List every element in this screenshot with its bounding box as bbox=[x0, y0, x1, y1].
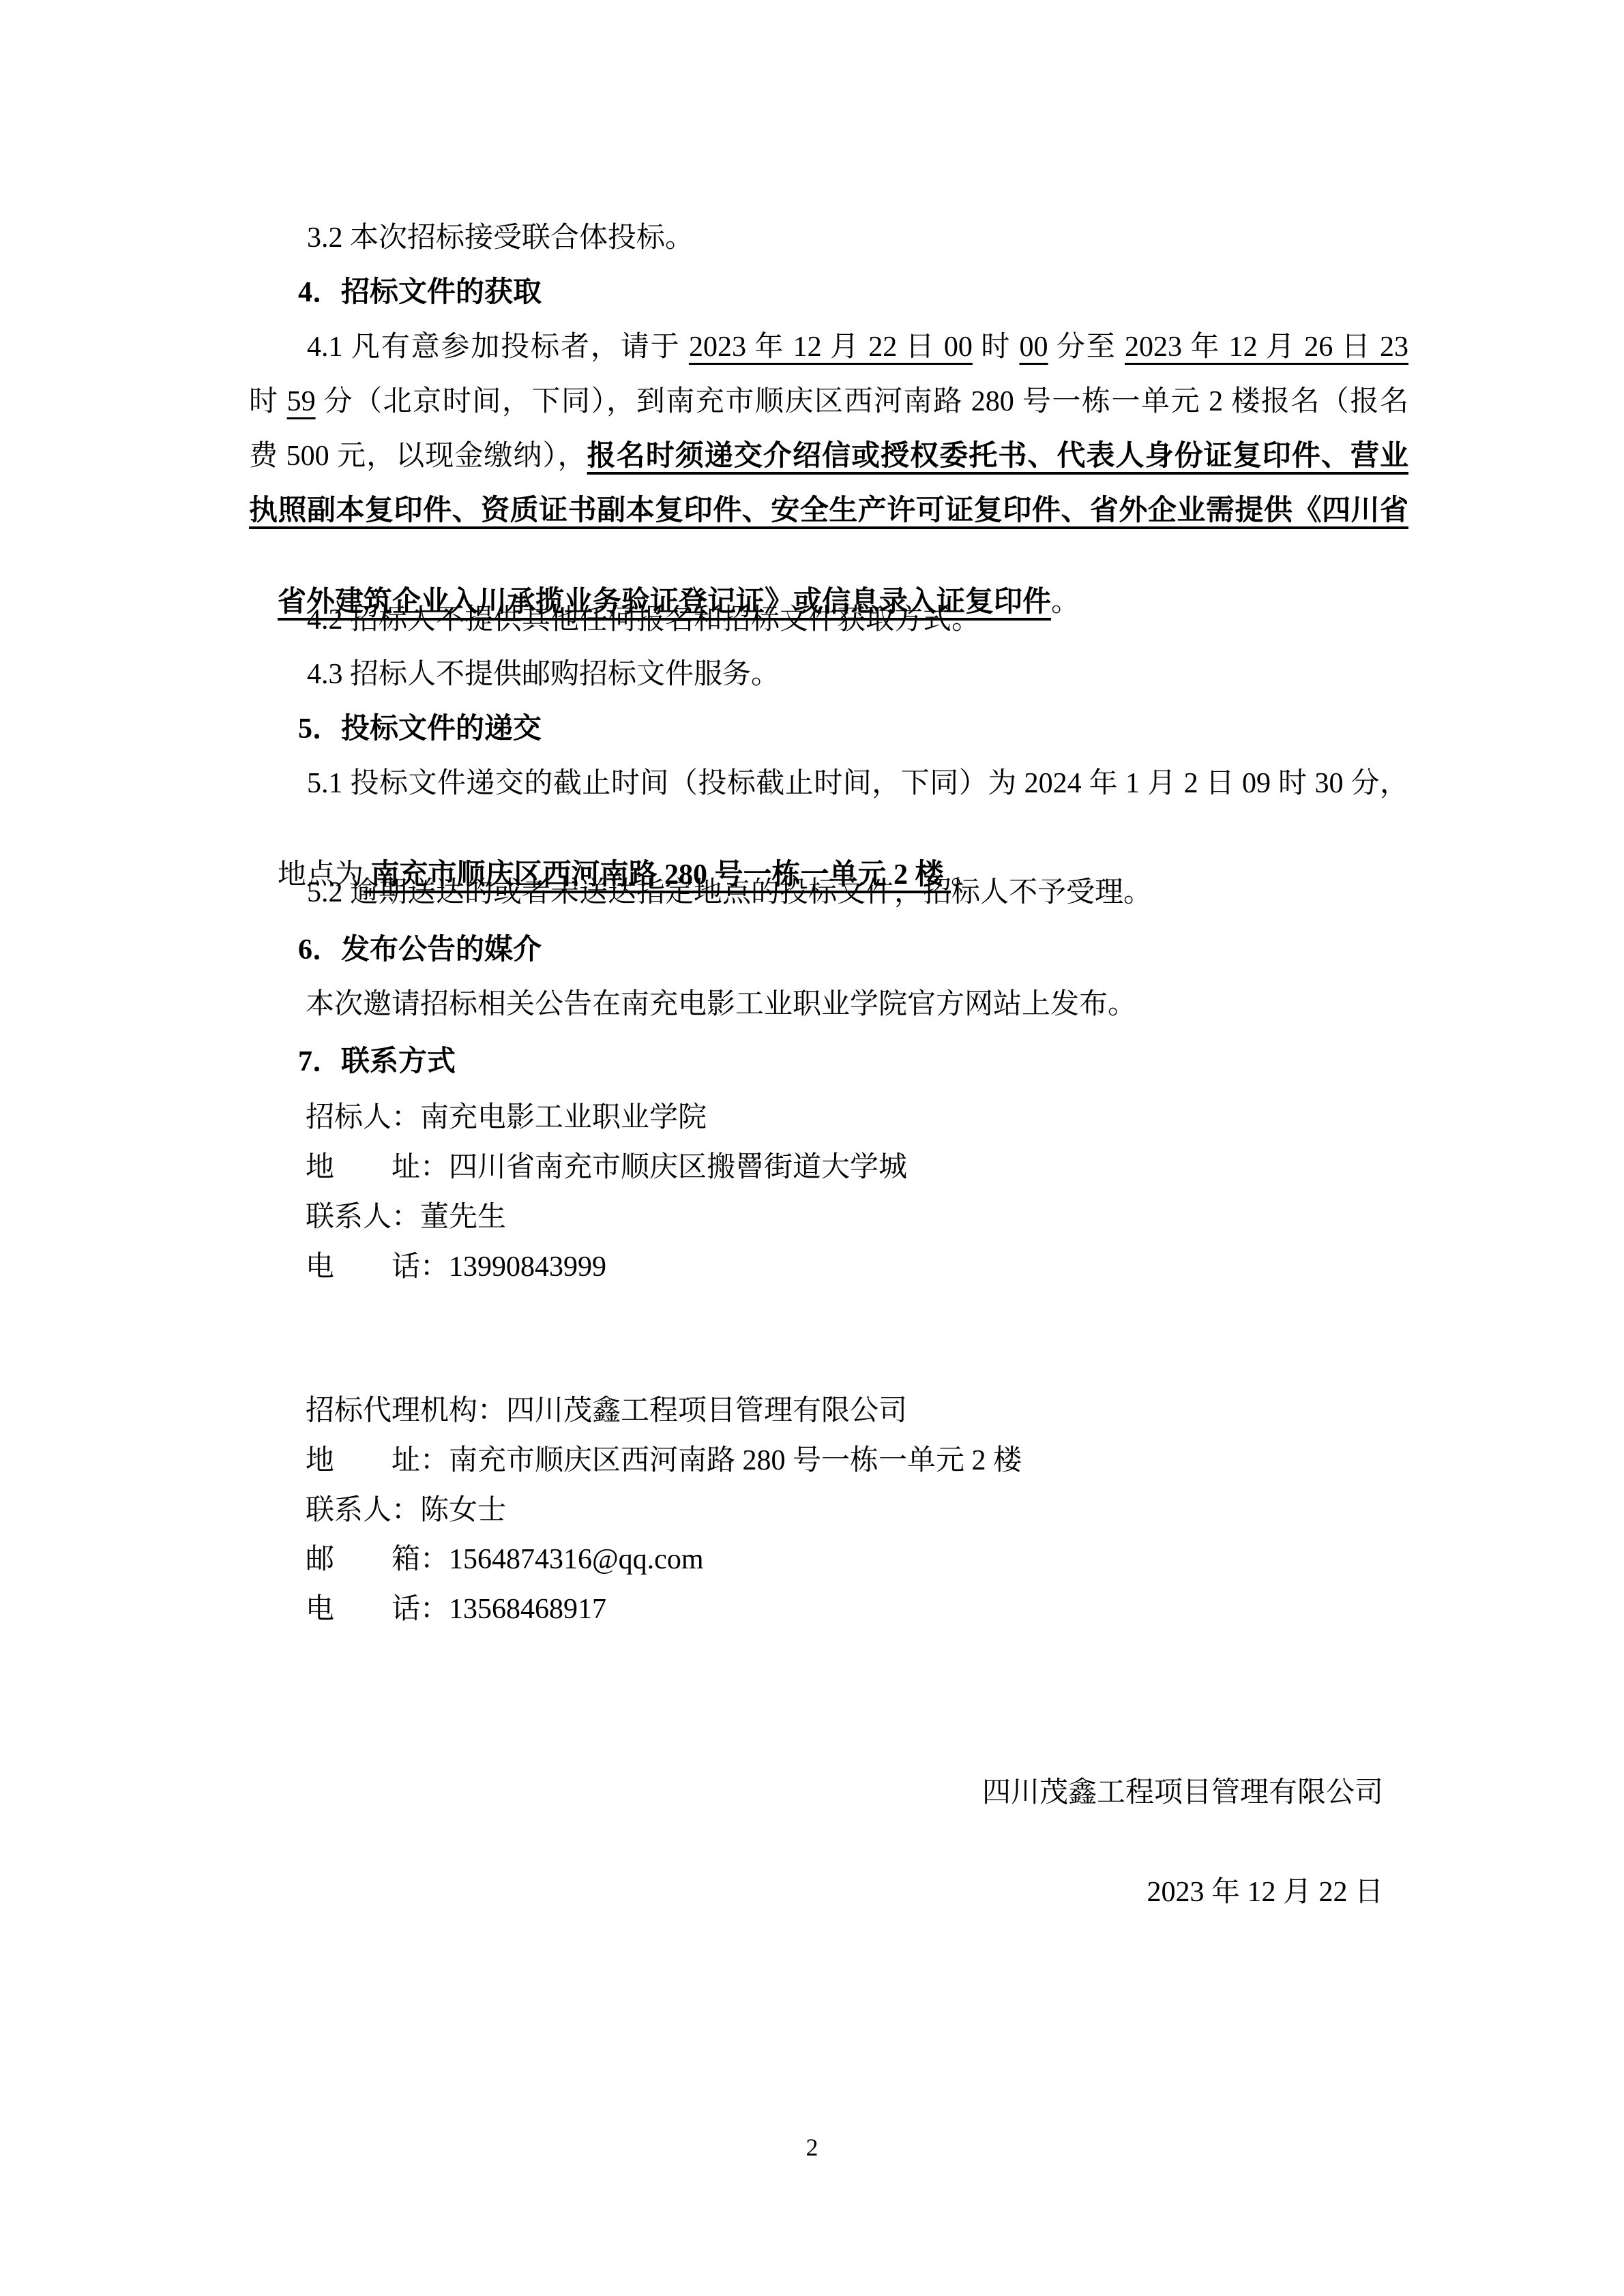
agency-address-line: 地 址：南充市顺庆区西河南路 280 号一栋一单元 2 楼 bbox=[306, 1442, 1022, 1479]
heading-6-announcement-media: 6．发布公告的媒介 bbox=[298, 931, 542, 968]
para-6-announcement-text: 本次邀请招标相关公告在南充电影工业职业学院官方网站上发布。 bbox=[306, 986, 1136, 1023]
heading-5-bid-submission: 5．投标文件的递交 bbox=[298, 711, 542, 747]
item-4-2: 4.2 招标人不提供其他任何报名和招标文件获取方式。 bbox=[307, 601, 980, 638]
registration-requirements-bold-underlined: 报名时须递交介绍信或授权委托书、代表人身份证复印件、营业 bbox=[587, 441, 1408, 472]
agency-org-line: 招标代理机构：四川茂鑫工程项目管理有限公司 bbox=[306, 1392, 907, 1429]
para-4-1-l2-text: 分（北京时间，下同），到南充市顺庆区西河南路 280 号一栋一单元 2 楼报名（… bbox=[316, 386, 1408, 417]
tenderer-phone-line: 电 话：13990843999 bbox=[306, 1249, 606, 1285]
item-3-2: 3.2 本次招标接受联合体投标。 bbox=[307, 220, 694, 256]
para-4-1-line-1: 4.1 凡有意参加投标者，请于 2023 年 12 月 22 日 00 时 00… bbox=[249, 329, 1408, 366]
heading-7-contact-info: 7．联系方式 bbox=[298, 1043, 456, 1080]
heading-4-obtaining-bid-documents: 4．招标文件的获取 bbox=[298, 274, 542, 311]
signature-company-name: 四川茂鑫工程项目管理有限公司 bbox=[982, 1774, 1383, 1811]
item-4-3: 4.3 招标人不提供邮购招标文件服务。 bbox=[307, 656, 780, 693]
start-minute-underlined: 00 bbox=[1020, 331, 1048, 363]
document-page: 3.2 本次招标接受联合体投标。 4．招标文件的获取 4.1 凡有意参加投标者，… bbox=[0, 0, 1624, 2296]
tenderer-contact-line: 联系人：董先生 bbox=[306, 1199, 506, 1236]
page-number: 2 bbox=[0, 2129, 1624, 2166]
para-4-1-line-3: 费 500 元，以现金缴纳），报名时须递交介绍信或授权委托书、代表人身份证复印件… bbox=[249, 438, 1408, 475]
para-4-1-l1-text: 时 bbox=[973, 331, 1020, 363]
item-5-2: 5.2 逾期送达的或者未送达指定地点的投标文件，招标人不予受理。 bbox=[307, 874, 1152, 911]
agency-email-line: 邮 箱：1564874316@qq.com bbox=[306, 1541, 704, 1578]
para-4-1-l2-text: 时 bbox=[249, 386, 287, 417]
para-4-1-l1-text: 分至 bbox=[1048, 331, 1125, 363]
para-4-1-l5-period: 。 bbox=[1051, 586, 1080, 618]
signature-date: 2023 年 12 月 22 日 bbox=[1147, 1874, 1383, 1911]
tenderer-name-line: 招标人：南充电影工业职业学院 bbox=[306, 1099, 707, 1136]
license-copies-bold-underlined: 执照副本复印件、资质证书副本复印件、安全生产许可证复印件、省外企业需提供《四川省 bbox=[249, 495, 1408, 526]
agency-contact-line: 联系人：陈女士 bbox=[306, 1492, 506, 1529]
end-minute-underlined: 59 bbox=[287, 386, 316, 417]
para-4-1-line-2: 时 59 分（北京时间，下同），到南充市顺庆区西河南路 280 号一栋一单元 2… bbox=[249, 383, 1408, 420]
tenderer-address-line: 地 址：四川省南充市顺庆区搬罾街道大学城 bbox=[306, 1149, 907, 1186]
para-4-1-line-4: 执照副本复印件、资质证书副本复印件、安全生产许可证复印件、省外企业需提供《四川省 bbox=[249, 492, 1408, 529]
start-date-underlined: 2023 年 12 月 22 日 00 bbox=[689, 331, 973, 363]
agency-phone-line: 电 话：13568468917 bbox=[306, 1591, 606, 1628]
para-4-1-l3-text: 费 500 元，以现金缴纳）， bbox=[249, 441, 587, 472]
end-date-underlined: 2023 年 12 月 26 日 23 bbox=[1125, 331, 1408, 363]
para-5-1-line-1: 5.1 投标文件递交的截止时间（投标截止时间，下同）为 2024 年 1 月 2… bbox=[249, 765, 1408, 802]
para-4-1-l1-text: 4.1 凡有意参加投标者，请于 bbox=[307, 331, 689, 363]
